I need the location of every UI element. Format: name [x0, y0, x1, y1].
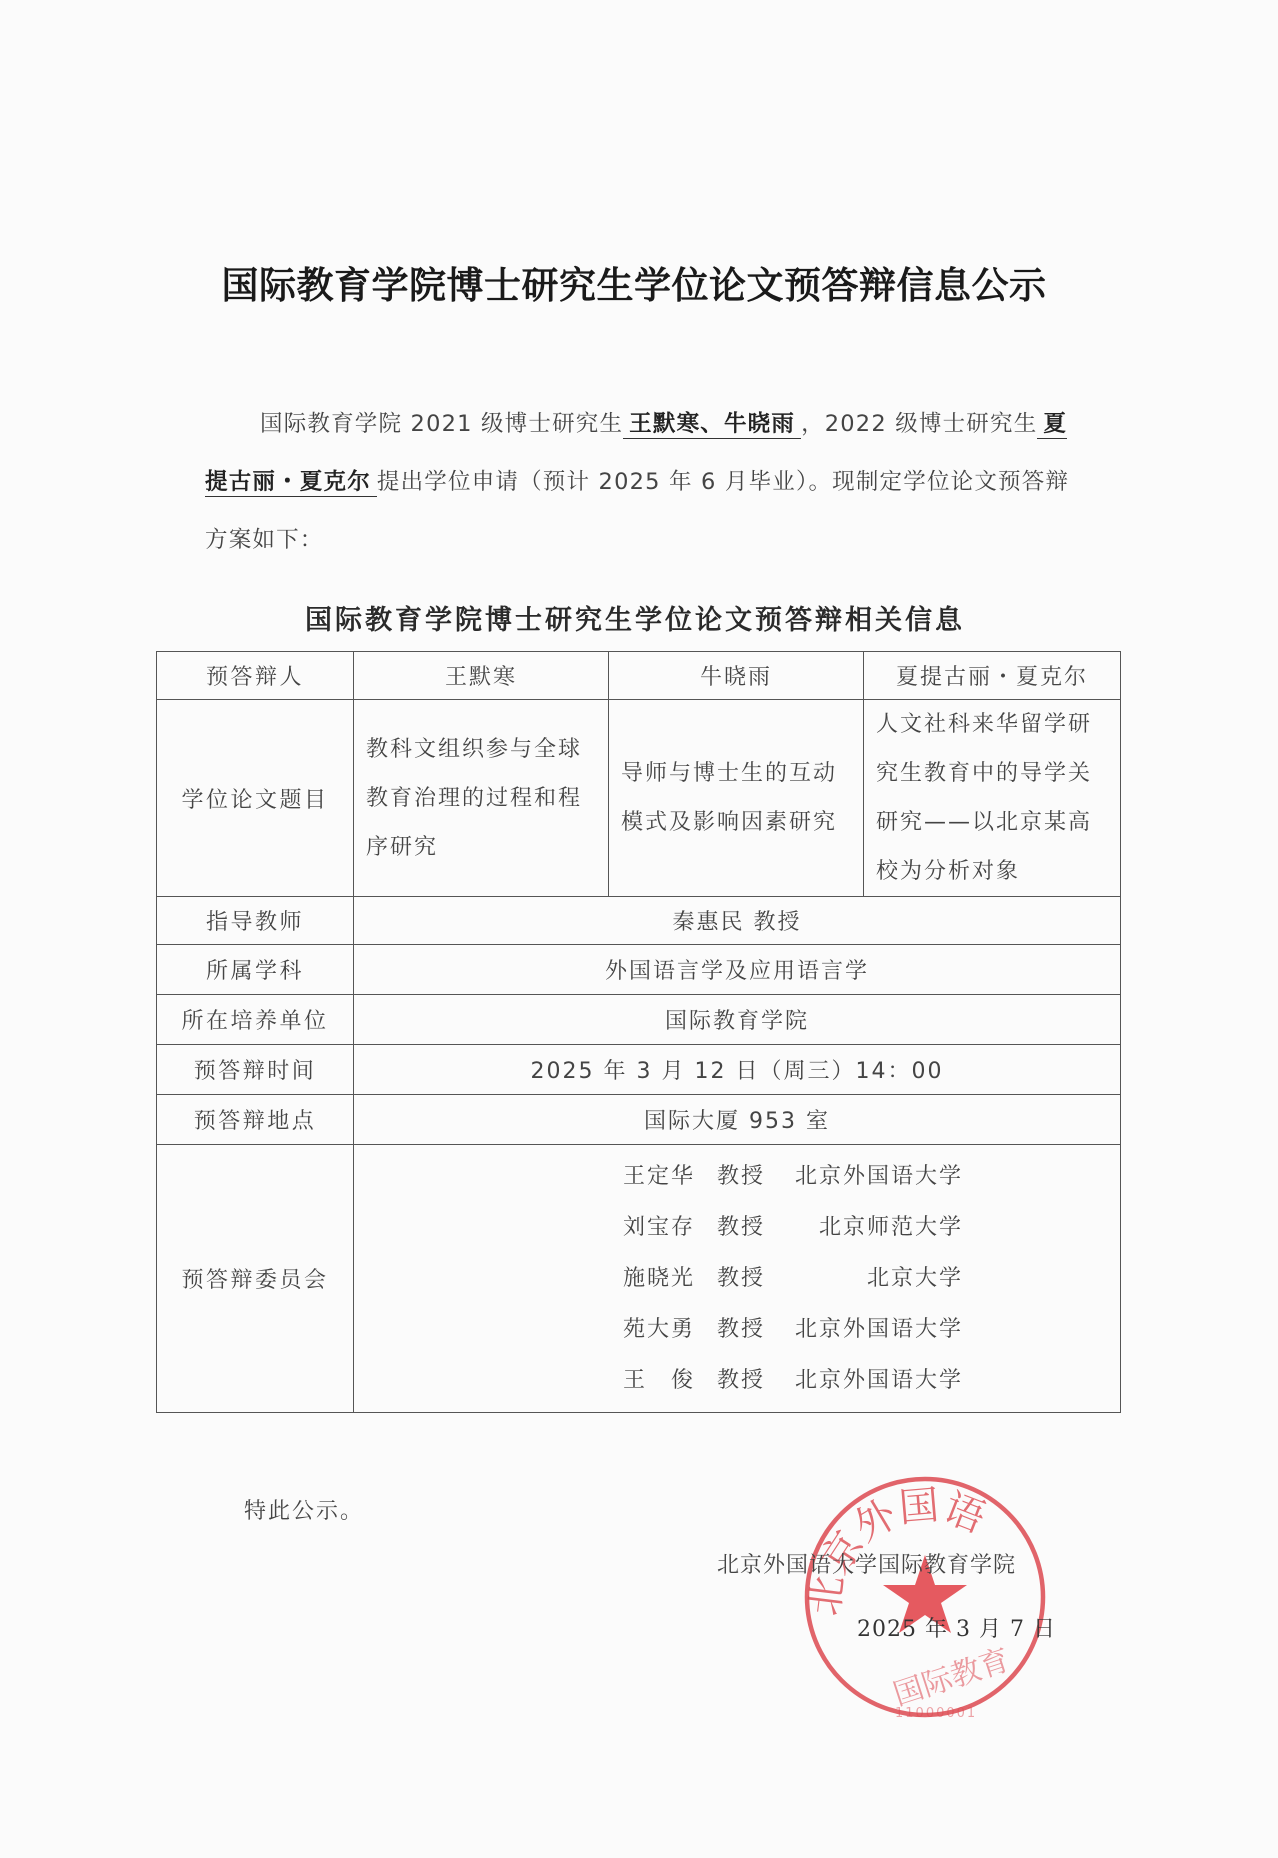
- closing-statement: 特此公示。: [244, 1494, 364, 1525]
- thesis-title-cell: 人文社科来华留学研究生教育中的导学关研究——以北京某高校为分析对象: [864, 700, 1121, 897]
- table-row-candidates: 预答辩人 王默寒 牛晓雨 夏提古丽・夏克尔: [157, 652, 1121, 700]
- signing-date: 2025 年 3 月 7 日: [857, 1612, 1056, 1643]
- candidate-cell: 牛晓雨: [609, 652, 864, 700]
- students-2021-names: 王默寒、牛晓雨: [623, 411, 801, 439]
- row-label: 预答辩时间: [157, 1045, 354, 1095]
- row-label: 所属学科: [157, 945, 354, 995]
- official-seal-icon: 北京外国语 国际教育 11000001: [795, 1467, 1055, 1727]
- table-row-time: 预答辩时间 2025 年 3 月 12 日（周三）14：00: [157, 1045, 1121, 1095]
- candidate-cell: 王默寒: [354, 652, 609, 700]
- table-row-unit: 所在培养单位 国际教育学院: [157, 995, 1121, 1045]
- committee-member: 施晓光教授北京大学: [474, 1253, 1112, 1304]
- committee-member: 刘宝存教授北京师范大学: [474, 1202, 1112, 1253]
- row-label: 预答辩人: [157, 652, 354, 700]
- defense-time-value: 2025 年 3 月 12 日（周三）14：00: [354, 1045, 1121, 1095]
- intro-part-2: ，2022 级博士研究生: [801, 411, 1037, 437]
- row-label: 预答辩地点: [157, 1095, 354, 1145]
- row-label: 所在培养单位: [157, 995, 354, 1045]
- table-title: 国际教育学院博士研究生学位论文预答辩相关信息: [0, 598, 1274, 637]
- candidate-cell: 夏提古丽・夏克尔: [864, 652, 1121, 700]
- committee-member: 王 俊教授北京外国语大学: [474, 1355, 1112, 1406]
- defense-info-table: 预答辩人 王默寒 牛晓雨 夏提古丽・夏克尔 学位论文题目 教科文组织参与全球教育…: [156, 651, 1121, 1413]
- document-title: 国际教育学院博士研究生学位论文预答辩信息公示: [0, 255, 1273, 309]
- thesis-title-cell: 导师与博士生的互动模式及影响因素研究: [609, 700, 864, 897]
- row-label: 指导教师: [157, 897, 354, 945]
- row-label: 预答辩委员会: [157, 1145, 354, 1413]
- supervisor-value: 秦惠民 教授: [354, 897, 1121, 945]
- svg-text:11000001: 11000001: [895, 1706, 977, 1721]
- table-row-supervisor: 指导教师 秦惠民 教授: [157, 897, 1121, 945]
- row-label: 学位论文题目: [157, 700, 354, 897]
- signing-organization: 北京外国语大学国际教育学院: [717, 1548, 1016, 1579]
- unit-value: 国际教育学院: [354, 995, 1121, 1045]
- table-row-discipline: 所属学科 外国语言学及应用语言学: [157, 945, 1121, 995]
- thesis-title-cell: 教科文组织参与全球教育治理的过程和程序研究: [354, 700, 609, 897]
- table-row-committee: 预答辩委员会 王定华教授北京外国语大学 刘宝存教授北京师范大学 施晓光教授北京大…: [157, 1145, 1121, 1413]
- committee-member: 苑大勇教授北京外国语大学: [474, 1304, 1112, 1355]
- committee-list: 王定华教授北京外国语大学 刘宝存教授北京师范大学 施晓光教授北京大学 苑大勇教授…: [354, 1145, 1121, 1413]
- intro-paragraph: 国际教育学院 2021 级博士研究生王默寒、牛晓雨，2022 级博士研究生夏提古…: [205, 395, 1075, 569]
- committee-member: 王定华教授北京外国语大学: [474, 1151, 1112, 1202]
- svg-text:国际教育: 国际教育: [889, 1643, 1014, 1713]
- table-row-thesis-titles: 学位论文题目 教科文组织参与全球教育治理的过程和程序研究 导师与博士生的互动模式…: [157, 700, 1121, 897]
- discipline-value: 外国语言学及应用语言学: [354, 945, 1121, 995]
- intro-part-1: 国际教育学院 2021 级博士研究生: [260, 411, 623, 437]
- table-row-location: 预答辩地点 国际大厦 953 室: [157, 1095, 1121, 1145]
- document-page: 国际教育学院博士研究生学位论文预答辩信息公示 国际教育学院 2021 级博士研究…: [0, 0, 1278, 1858]
- defense-location-value: 国际大厦 953 室: [354, 1095, 1121, 1145]
